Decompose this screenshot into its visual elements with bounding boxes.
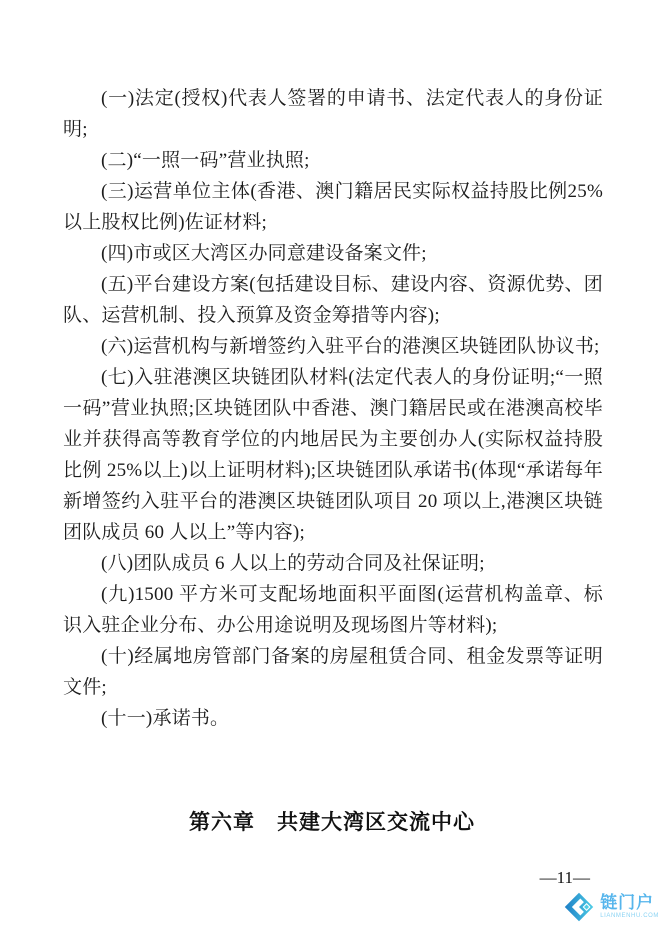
watermark-brand: 链门户 xyxy=(600,894,659,912)
paragraph-11: (十一)承诺书。 xyxy=(63,703,603,734)
watermark: 链门户 LIANMENHU.COM xyxy=(563,891,661,923)
paragraph-10: (十)经属地房管部门备案的房屋租赁合同、租金发票等证明文件; xyxy=(63,641,603,703)
paragraph-8: (八)团队成员 6 人以上的劳动合同及社保证明; xyxy=(63,548,603,579)
watermark-text: 链门户 LIANMENHU.COM xyxy=(600,894,661,920)
chapter-heading: 第六章 共建大湾区交流中心 xyxy=(0,806,664,836)
paragraph-9: (九)1500 平方米可支配场地面积平面图(运营机构盖章、标识入驻企业分布、办公… xyxy=(63,579,603,641)
watermark-domain: LIANMENHU.COM xyxy=(600,913,659,920)
paragraph-3: (三)运营单位主体(香港、澳门籍居民实际权益持股比例25%以上股权比例)佐证材料… xyxy=(63,176,603,238)
paragraph-6: (六)运营机构与新增签约入驻平台的港澳区块链团队协议书; xyxy=(63,331,603,362)
paragraph-2: (二)“一照一码”营业执照; xyxy=(63,145,603,176)
page-number: —11— xyxy=(540,868,590,888)
diamond-logo-icon xyxy=(563,891,595,923)
paragraph-1: (一)法定(授权)代表人签署的申请书、法定代表人的身份证明; xyxy=(63,83,603,145)
document-page: (一)法定(授权)代表人签署的申请书、法定代表人的身份证明; (二)“一照一码”… xyxy=(0,0,664,925)
document-body: (一)法定(授权)代表人签署的申请书、法定代表人的身份证明; (二)“一照一码”… xyxy=(63,83,603,734)
paragraph-4: (四)市或区大湾区办同意建设备案文件; xyxy=(63,238,603,269)
paragraph-7: (七)入驻港澳区块链团队材料(法定代表人的身份证明;“一照一码”营业执照;区块链… xyxy=(63,362,603,548)
paragraph-5: (五)平台建设方案(包括建设目标、建设内容、资源优势、团队、运营机制、投入预算及… xyxy=(63,269,603,331)
